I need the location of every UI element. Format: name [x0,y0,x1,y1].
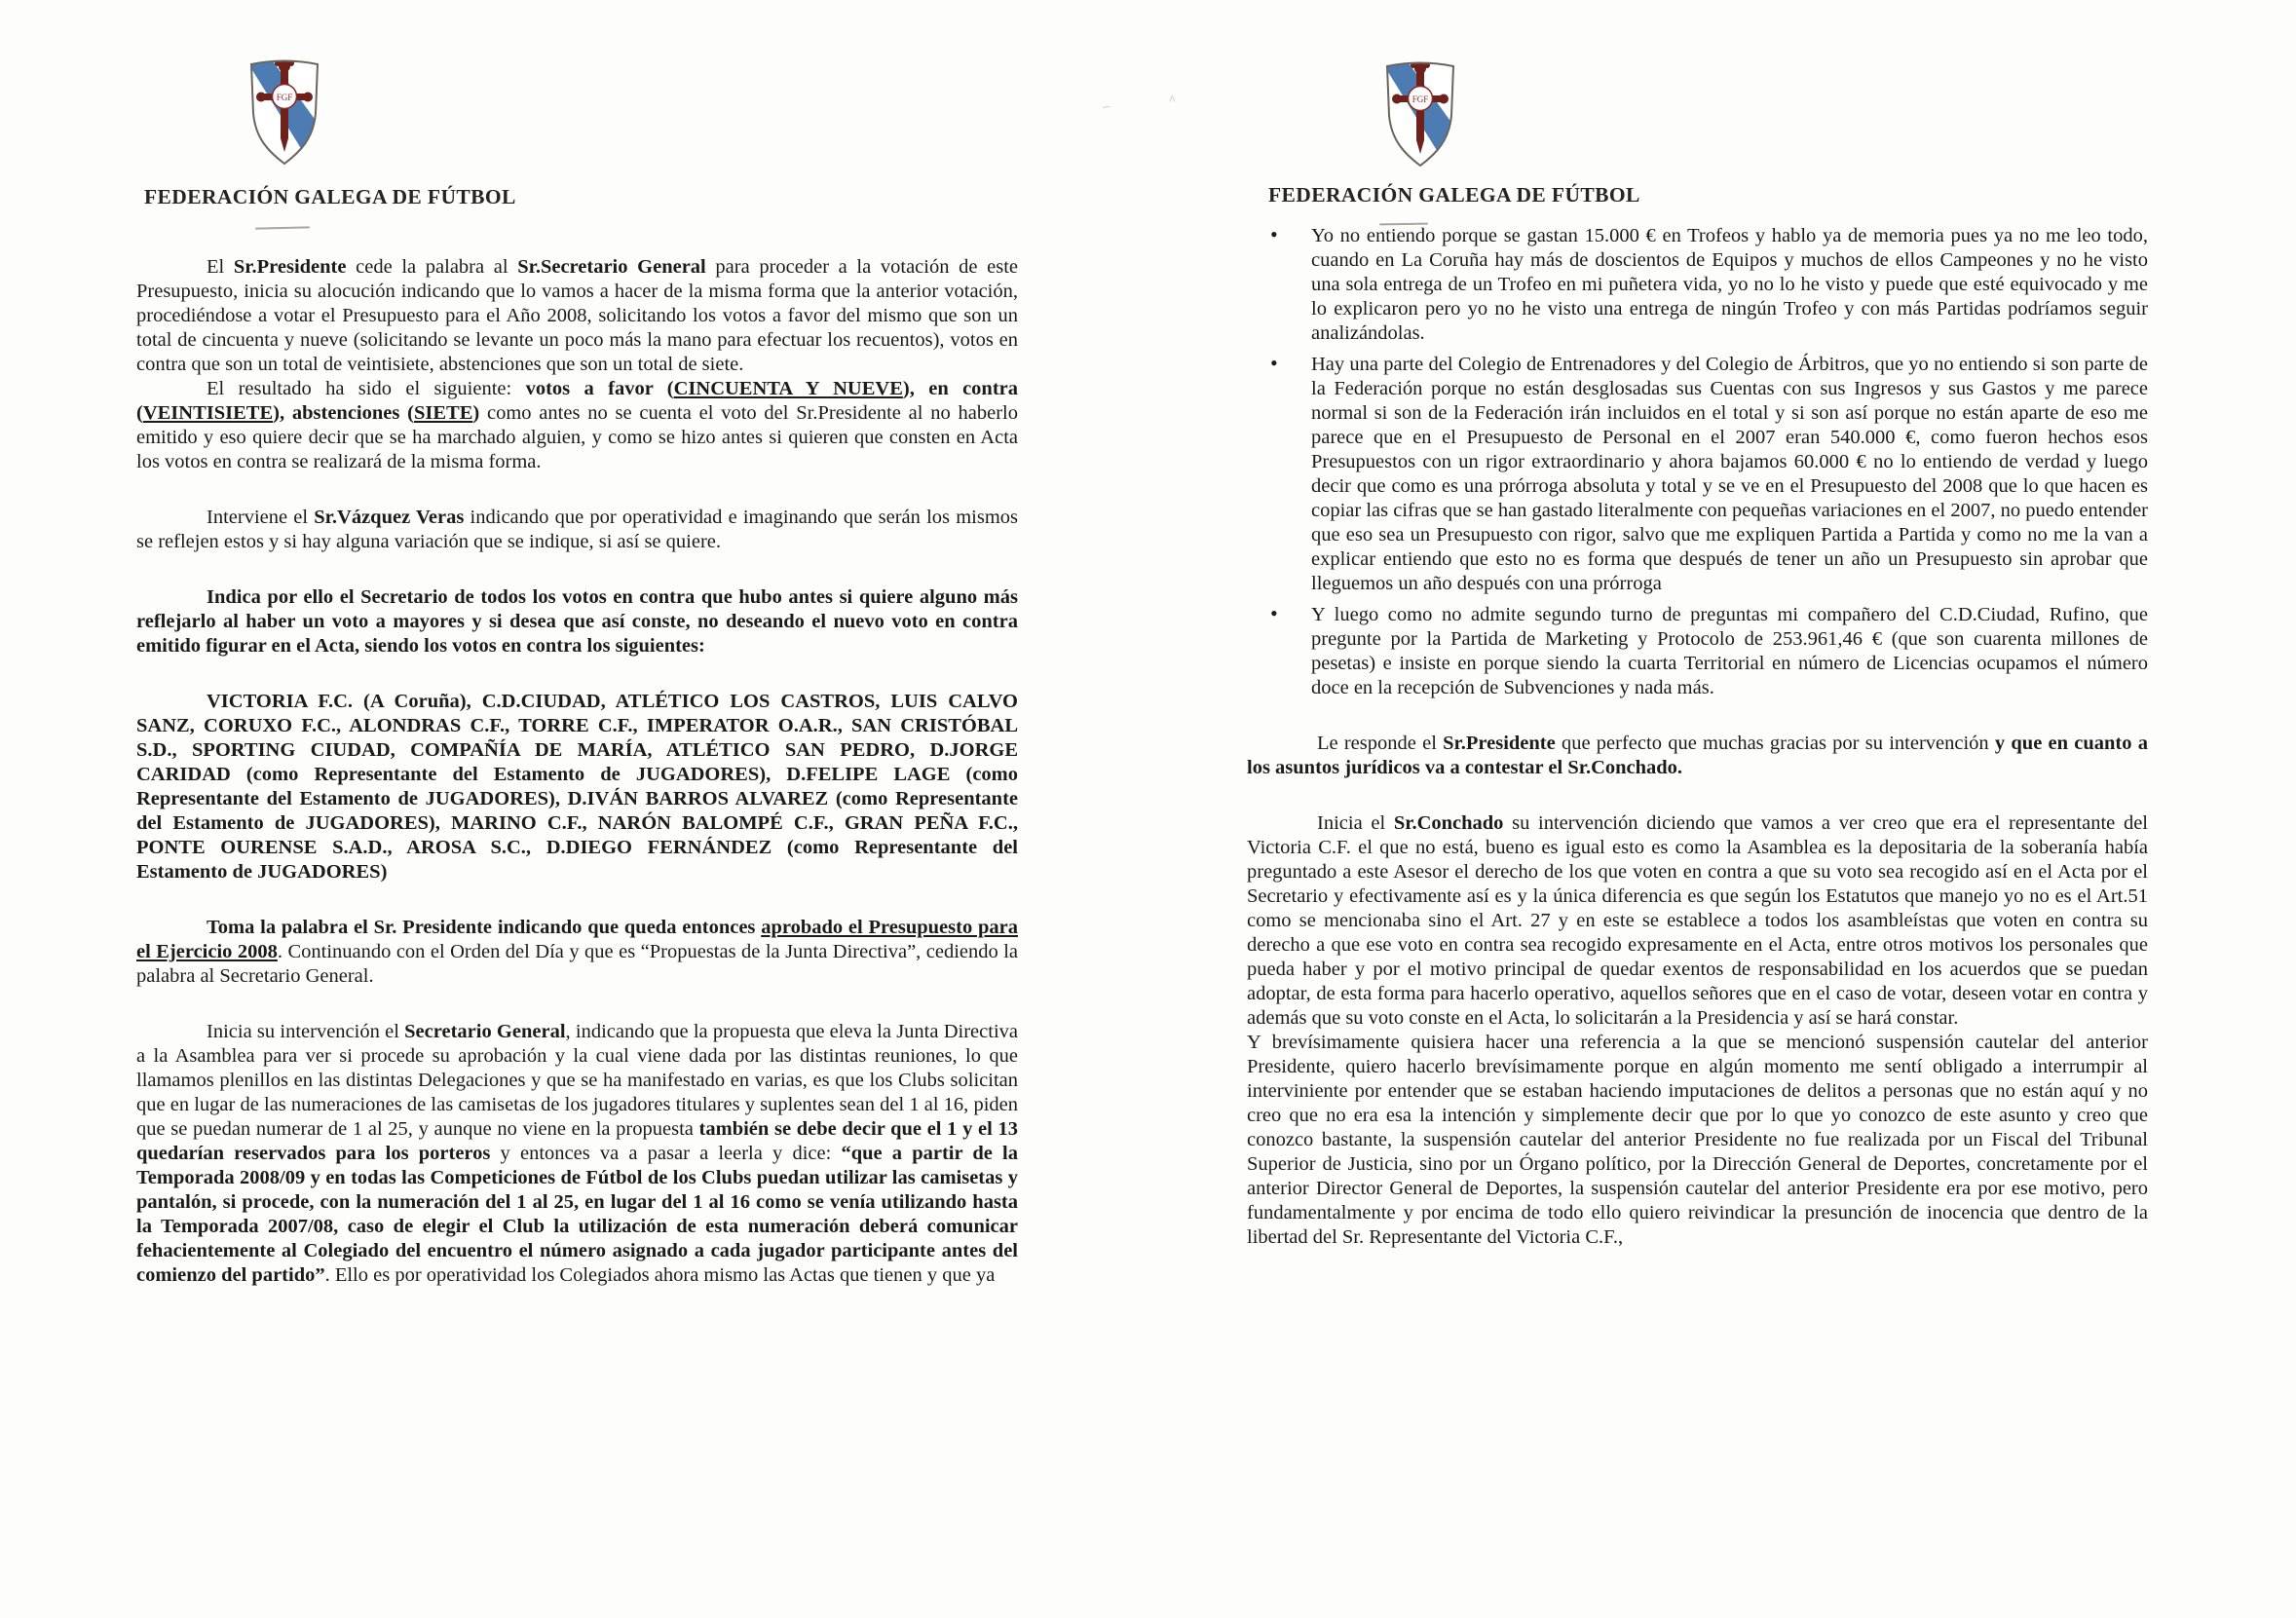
federation-masthead: FEDERACIÓN GALEGA DE FÚTBOL [144,185,516,209]
text-run: cede la palabra al [346,256,517,278]
paragraph: Indica por ello el Secretario de todos l… [136,585,1018,658]
paragraph: El Sr.Presidente cede la palabra al Sr.S… [136,255,1018,377]
text-run: Sr.Conchado [1394,812,1504,834]
text-run: Y luego como no admite segundo turno de … [1311,604,2148,698]
text-run: Interviene el [207,507,314,528]
text-run: ( [136,402,143,424]
paragraph: Y brevísimamente quisiera hacer una refe… [1247,1031,2148,1250]
text-run: SIETE [414,402,472,424]
text-run: Sr.Secretario General [517,256,706,278]
text-run: CINCUENTA Y NUEVE [674,378,903,399]
bullet-dot-icon: • [1270,351,1278,375]
crest-initials: FGF [277,93,293,102]
text-run: Le responde el [1317,733,1443,754]
text-run: ), [903,378,928,399]
bullet-item: •Yo no entiendo porque se gastan 15.000 … [1247,224,2148,346]
left-text-column: El Sr.Presidente cede la palabra al Sr.S… [136,255,1018,1288]
masthead-rule [255,226,310,229]
text-run: . Ello es por operatividad los Colegiado… [325,1264,996,1286]
bullet-dot-icon: • [1270,222,1278,246]
bullet-item: •Hay una parte del Colegio de Entrenador… [1247,353,2148,596]
text-run: Sr.Vázquez Veras [314,507,464,528]
text-run: su intervención diciendo que vamos a ver… [1247,812,2148,1029]
text-run: Yo no entiendo porque se gastan 15.000 €… [1311,225,2148,344]
paragraph: Toma la palabra el Sr. Presidente indica… [136,916,1018,989]
text-run: Inicia su intervención el [207,1021,404,1042]
text-run: y entonces va a pasar a leerla y dice: [490,1143,841,1164]
scan-artifact-dash: – [1102,99,1110,116]
crest-initials: FGF [1412,94,1429,104]
text-run: VICTORIA F.C. (A Coruña), C.D.CIUDAD, AT… [136,691,1018,883]
text-run: Secretario General [404,1021,565,1042]
bullet-item: •Y luego como no admite segundo turno de… [1247,603,2148,700]
text-run: Sr.Presidente [234,256,347,278]
federation-masthead: FEDERACIÓN GALEGA DE FÚTBOL [1268,183,1640,207]
text-run: Toma la palabra el Sr. Presidente indica… [207,917,761,938]
right-text-column: •Yo no entiendo porque se gastan 15.000 … [1247,224,2148,1250]
text-run: ( [399,402,414,424]
text-run: Y brevísimamente quisiera hacer una refe… [1247,1032,2148,1248]
text-run: Hay una parte del Colegio de Entrenadore… [1311,354,2148,594]
scan-artifact-caret: ^ [1169,94,1176,109]
text-run: ), [273,402,292,424]
scanned-document-sheet: – ^ FGF FEDERACIÓN GALEGA DE FÚTBOL [0,0,2296,1618]
text-run: Indica por ello el Secretario de todos l… [136,586,1018,657]
fgf-crest-logo: FGF [1381,56,1459,169]
paragraph: Inicia el Sr.Conchado su intervención di… [1247,811,2148,1031]
paragraph: Le responde el Sr.Presidente que perfect… [1247,732,2148,780]
text-run: en contra [928,378,1018,399]
text-run: votos a favor ( [526,378,674,399]
fgf-crest-logo: FGF [245,55,323,168]
text-run: Sr.Presidente [1443,733,1556,754]
text-run: que perfecto que muchas gracias por su i… [1556,733,1995,754]
text-run: El resultado ha sido el siguiente: [207,378,526,399]
text-run: VEINTISIETE [143,402,273,424]
paragraph: Interviene el Sr.Vázquez Veras indicando… [136,506,1018,554]
text-run: abstenciones [292,402,399,424]
text-run: Inicia el [1317,812,1394,834]
page-left: FGF FEDERACIÓN GALEGA DE FÚTBOL El Sr.Pr… [136,0,1018,1618]
paragraph: VICTORIA F.C. (A Coruña), C.D.CIUDAD, AT… [136,690,1018,884]
text-run: El [207,256,234,278]
paragraph: El resultado ha sido el siguiente: votos… [136,377,1018,474]
page-right: FGF FEDERACIÓN GALEGA DE FÚTBOL •Yo no e… [1247,0,2148,1618]
bullet-dot-icon: • [1270,601,1278,625]
paragraph: Inicia su intervención el Secretario Gen… [136,1020,1018,1288]
